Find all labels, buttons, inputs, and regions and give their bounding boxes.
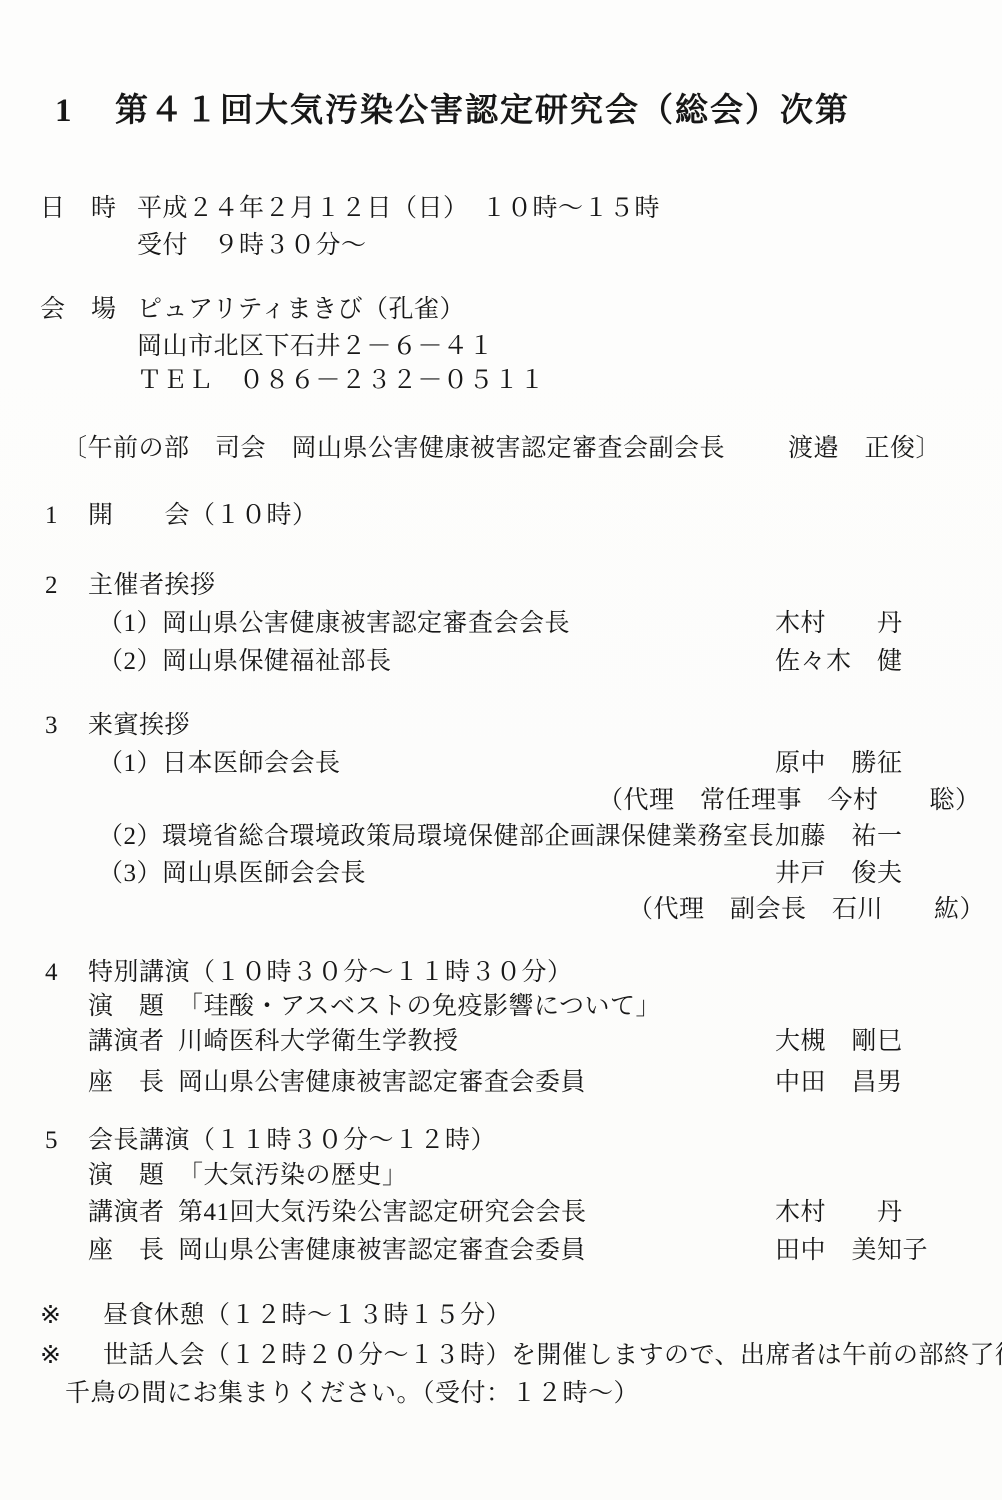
item-2-sub-1-text: （1）岡山県公害健康被害認定審査会会長 bbox=[98, 607, 570, 641]
item-4-topic-label: 演 題 bbox=[88, 990, 165, 1024]
item-2-sub-2-text: （2）岡山県保健福祉部長 bbox=[98, 645, 392, 679]
item-4-topic-value: 「珪酸・アスベストの免疫影響について」 bbox=[178, 990, 661, 1024]
reception-time: 受付 ９時３０分～ bbox=[137, 229, 367, 263]
item-4-title: 特別講演（１０時３０分～１１時３０分） bbox=[88, 956, 573, 990]
item-3-sub-3-text: （3）岡山県医師会会長 bbox=[98, 857, 366, 891]
item-1-number: 1 bbox=[45, 499, 58, 533]
item-2-title: 主催者挨拶 bbox=[88, 569, 216, 603]
item-5-speaker-name: 木村 丹 bbox=[775, 1196, 903, 1230]
item-4-chair-value: 岡山県公害健康被害認定審査会委員 bbox=[178, 1066, 586, 1100]
item-4-speaker-value: 川崎医科大学衛生学教授 bbox=[178, 1025, 459, 1059]
item-5-speaker-value: 第41回大気汚染公害認定研究会会長 bbox=[178, 1196, 587, 1230]
datetime-value: 平成２４年２月１２日（日） １０時～１５時 bbox=[137, 192, 660, 226]
datetime-label: 日 時 bbox=[40, 192, 117, 226]
agenda-document-page: 1 第４１回大気汚染公害認定研究会（総会）次第 日 時 平成２４年２月１２日（日… bbox=[0, 0, 1002, 1500]
item-5-chair-label: 座 長 bbox=[88, 1234, 165, 1268]
venue-label: 会 場 bbox=[40, 293, 117, 327]
item-4-number: 4 bbox=[45, 956, 58, 990]
item-5-chair-value: 岡山県公害健康被害認定審査会委員 bbox=[178, 1234, 586, 1268]
item-3-proxy-2: （代理 副会長 石川 紘） bbox=[628, 893, 985, 927]
item-3-sub-1-text: （1）日本医師会会長 bbox=[98, 747, 341, 781]
item-5-title: 会長講演（１１時３０分～１２時） bbox=[88, 1124, 496, 1158]
mc-note-text: 〔午前の部 司会 岡山県公害健康被害認定審査会副会長 bbox=[62, 432, 725, 466]
note-1-text: 昼食休憩（１２時～１３時１５分） bbox=[103, 1299, 511, 1333]
item-5-topic-label: 演 題 bbox=[88, 1159, 165, 1193]
item-1-title: 開 会（１０時） bbox=[88, 499, 318, 533]
item-3-title: 来賓挨拶 bbox=[88, 709, 190, 743]
item-4-chair-label: 座 長 bbox=[88, 1066, 165, 1100]
item-5-speaker-label: 講演者 bbox=[88, 1196, 165, 1230]
item-4-speaker-label: 講演者 bbox=[88, 1025, 165, 1059]
item-5-topic-value: 「大気汚染の歴史」 bbox=[178, 1159, 408, 1193]
item-4-chair-name: 中田 昌男 bbox=[775, 1066, 903, 1100]
item-3-number: 3 bbox=[45, 709, 58, 743]
heading-title: 第４１回大気汚染公害認定研究会（総会）次第 bbox=[115, 90, 850, 132]
item-4-speaker-name: 大槻 剛巳 bbox=[775, 1025, 903, 1059]
item-3-sub-1-name: 原中 勝征 bbox=[775, 747, 903, 781]
venue-address: 岡山市北区下石井２－６－４１ bbox=[137, 330, 494, 364]
note-2-marker: ※ bbox=[40, 1339, 61, 1373]
mc-note-name: 渡邉 正俊〕 bbox=[788, 432, 941, 466]
item-3-sub-3-name: 井戸 俊夫 bbox=[775, 857, 903, 891]
item-2-sub-2-name: 佐々木 健 bbox=[775, 645, 903, 679]
note-2-text: 世話人会（１２時２０分～１３時）を開催しますので、出席者は午前の部終了後、 bbox=[103, 1339, 1002, 1373]
heading-number: 1 bbox=[55, 90, 74, 132]
item-3-sub-2-name: 加藤 祐一 bbox=[775, 820, 903, 854]
item-3-proxy-1: （代理 常任理事 今村 聡） bbox=[598, 784, 981, 818]
item-5-chair-name: 田中 美知子 bbox=[775, 1234, 928, 1268]
item-5-number: 5 bbox=[45, 1124, 58, 1158]
venue-name: ピュアリティまきび（孔雀） bbox=[137, 293, 465, 327]
item-2-number: 2 bbox=[45, 569, 58, 603]
item-2-sub-1-name: 木村 丹 bbox=[775, 607, 903, 641]
note-1-marker: ※ bbox=[40, 1299, 61, 1333]
venue-tel: ＴＥＬ ０８６－２３２－０５１１ bbox=[137, 364, 545, 398]
item-3-sub-2-text: （2）環境省総合環境政策局環境保健部企画課保健業務室長 bbox=[98, 820, 774, 854]
note-2-continuation: 千鳥の間にお集まりください。（受付：１２時～） bbox=[65, 1377, 639, 1411]
